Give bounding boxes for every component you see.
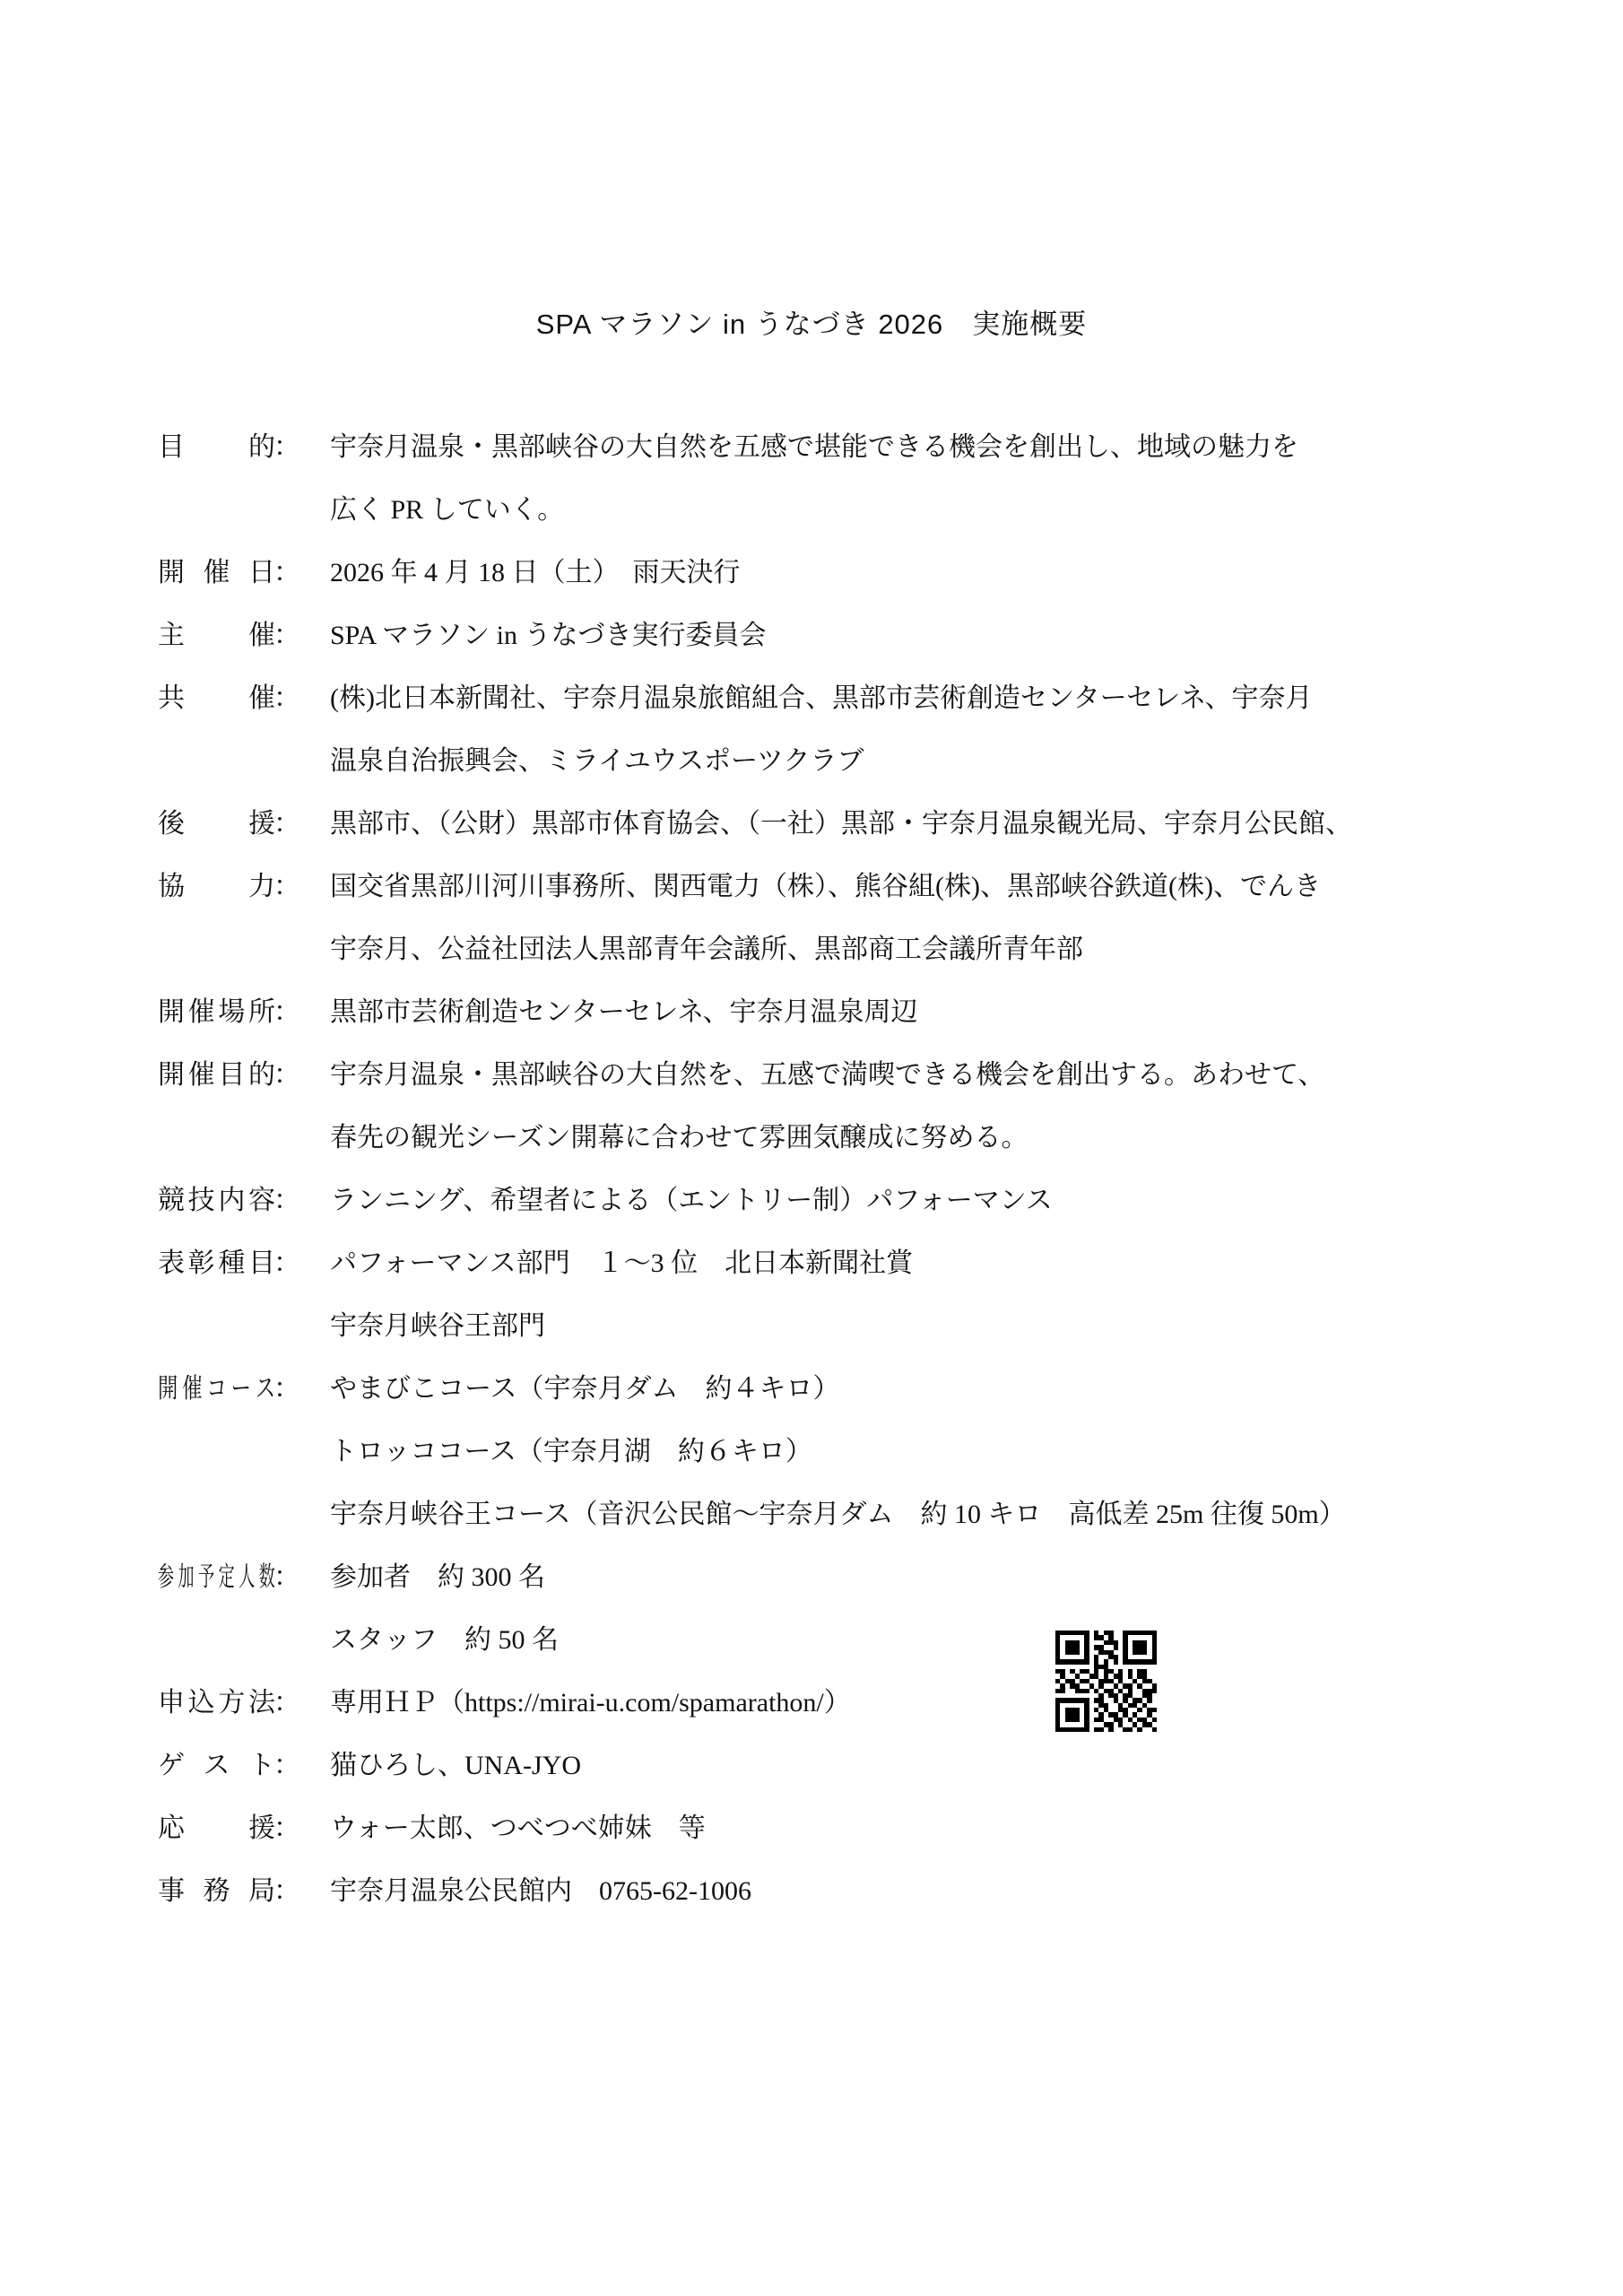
field-value: 春先の観光シーズン開幕に合わせて雰囲気醸成に努める。 xyxy=(330,1107,1569,1170)
field-label: 開催日 xyxy=(158,542,275,604)
field-value: 宇奈月峡谷王部門 xyxy=(330,1295,1569,1358)
row-cosponsor-cont: 温泉自治振興会、ミライユウスポーツクラブ xyxy=(158,730,1569,793)
field-value: 広く PR していく。 xyxy=(330,479,1569,542)
field-label: 開催場所 xyxy=(158,981,275,1044)
field-value: スタッフ 約 50 名 xyxy=(330,1609,1569,1672)
document-page: { "colon": "：", "title": "SPA マラソン in うな… xyxy=(0,0,1623,2296)
row-courses: 開催コース： やまびこコース（宇奈月ダム 約４キロ） xyxy=(158,1358,1569,1421)
field-value: 宇奈月温泉・黒部峡谷の大自然を五感で堪能できる機会を創出し、地域の魅力を xyxy=(330,416,1569,479)
field-label: 応援 xyxy=(158,1797,275,1860)
field-value: トロッココース（宇奈月湖 約６キロ） xyxy=(330,1421,1569,1483)
row-courses-cont-2: 宇奈月峡谷王コース（音沢公民館～宇奈月ダム 約 10 キロ 高低差 25m 往復… xyxy=(158,1483,1569,1546)
label-colon: ： xyxy=(273,1860,300,1923)
label-colon: ： xyxy=(273,981,300,1044)
row-guests: ゲスト： 猫ひろし、UNA-JYO xyxy=(158,1735,1569,1797)
row-courses-cont-1: トロッココース（宇奈月湖 約６キロ） xyxy=(158,1421,1569,1483)
field-value: 黒部市、（公財）黒部市体育協会、（一社）黒部・宇奈月温泉観光局、宇奈月公民館、 xyxy=(330,793,1569,856)
label-colon: ： xyxy=(273,416,300,479)
label-colon: ： xyxy=(273,1672,300,1735)
field-label: 表彰種目 xyxy=(158,1232,275,1295)
field-label: ゲスト xyxy=(158,1735,275,1797)
label-colon: ： xyxy=(273,604,300,667)
field-value: (株)北日本新聞社、宇奈月温泉旅館組合、黒部市芸術創造センターセレネ、宇奈月 xyxy=(330,667,1569,730)
row-event-purpose-cont: 春先の観光シーズン開幕に合わせて雰囲気醸成に努める。 xyxy=(158,1107,1569,1170)
page-title: SPA マラソン in うなづき 2026 実施概要 xyxy=(0,301,1623,342)
field-value: 国交省黒部川河川事務所、関西電力（株）、熊谷組(株)、黒部峡谷鉄道(株)、でんき xyxy=(330,856,1569,918)
field-value: 宇奈月峡谷王コース（音沢公民館～宇奈月ダム 約 10 キロ 高低差 25m 往復… xyxy=(330,1483,1569,1546)
field-label: 開催目的 xyxy=(158,1044,275,1107)
field-value: SPA マラソン in うなづき実行委員会 xyxy=(330,604,1569,667)
row-participants-cont: スタッフ 約 50 名 xyxy=(158,1609,1569,1672)
label-colon: ： xyxy=(273,1232,300,1295)
row-awards: 表彰種目： パフォーマンス部門 １～3 位 北日本新聞社賞 xyxy=(158,1232,1569,1295)
row-cheer: 応援： ウォー太郎、つべつべ姉妹 等 xyxy=(158,1797,1569,1860)
field-value: 黒部市芸術創造センターセレネ、宇奈月温泉周辺 xyxy=(330,981,1569,1044)
row-support: 後援： 黒部市、（公財）黒部市体育協会、（一社）黒部・宇奈月温泉観光局、宇奈月公… xyxy=(158,793,1569,856)
field-value: 温泉自治振興会、ミライユウスポーツクラブ xyxy=(330,730,1569,793)
field-value: 猫ひろし、UNA-JYO xyxy=(330,1735,1569,1797)
label-colon: ： xyxy=(273,1358,300,1421)
row-purpose-cont: 広く PR していく。 xyxy=(158,479,1569,542)
field-value: 宇奈月温泉・黒部峡谷の大自然を、五感で満喫できる機会を創出する。あわせて、 xyxy=(330,1044,1569,1107)
field-label: 目的 xyxy=(158,416,275,479)
row-cooperation-cont: 宇奈月、公益社団法人黒部青年会議所、黒部商工会議所青年部 xyxy=(158,918,1569,981)
field-value: 宇奈月、公益社団法人黒部青年会議所、黒部商工会議所青年部 xyxy=(330,918,1569,981)
row-organizer: 主催： SPA マラソン in うなづき実行委員会 xyxy=(158,604,1569,667)
row-venue: 開催場所： 黒部市芸術創造センターセレネ、宇奈月温泉周辺 xyxy=(158,981,1569,1044)
field-label: 事務局 xyxy=(158,1860,275,1923)
field-value: ランニング、希望者による（エントリー制）パフォーマンス xyxy=(330,1170,1569,1232)
row-office: 事務局： 宇奈月温泉公民館内 0765-62-1006 xyxy=(158,1860,1569,1923)
field-value: ウォー太郎、つべつべ姉妹 等 xyxy=(330,1797,1569,1860)
field-label: 開催コース xyxy=(158,1358,275,1421)
label-colon: ： xyxy=(273,1797,300,1860)
row-awards-cont: 宇奈月峡谷王部門 xyxy=(158,1295,1569,1358)
label-colon: ： xyxy=(273,1170,300,1232)
qr-code xyxy=(1055,1631,1157,1732)
field-label: 協力 xyxy=(158,856,275,918)
field-value: 参加者 約 300 名 xyxy=(330,1546,1569,1609)
field-label: 参加予定人数 xyxy=(158,1546,275,1609)
row-application: 申込方法： 専用ＨＰ（https://mirai-u.com/spamarath… xyxy=(158,1672,1569,1735)
field-value: やまびこコース（宇奈月ダム 約４キロ） xyxy=(330,1358,1569,1421)
field-label: 主催 xyxy=(158,604,275,667)
field-value: 2026 年 4 月 18 日（土） 雨天決行 xyxy=(330,542,1569,604)
label-colon: ： xyxy=(273,1044,300,1107)
row-event-purpose: 開催目的： 宇奈月温泉・黒部峡谷の大自然を、五感で満喫できる機会を創出する。あわ… xyxy=(158,1044,1569,1107)
label-colon: ： xyxy=(273,1735,300,1797)
field-label: 後援 xyxy=(158,793,275,856)
label-colon: ： xyxy=(273,793,300,856)
row-event-date: 開催日： 2026 年 4 月 18 日（土） 雨天決行 xyxy=(158,542,1569,604)
row-purpose: 目的： 宇奈月温泉・黒部峡谷の大自然を五感で堪能できる機会を創出し、地域の魅力を xyxy=(158,416,1569,479)
label-colon: ： xyxy=(273,1546,300,1609)
label-colon: ： xyxy=(273,542,300,604)
label-colon: ： xyxy=(273,667,300,730)
field-label: 競技内容 xyxy=(158,1170,275,1232)
field-value: 専用ＨＰ（https://mirai-u.com/spamarathon/） xyxy=(330,1672,1569,1735)
row-cooperation: 協力： 国交省黒部川河川事務所、関西電力（株）、熊谷組(株)、黒部峡谷鉄道(株)… xyxy=(158,856,1569,918)
row-participants: 参加予定人数： 参加者 約 300 名 xyxy=(158,1546,1569,1609)
document-body: 目的： 宇奈月温泉・黒部峡谷の大自然を五感で堪能できる機会を創出し、地域の魅力を… xyxy=(158,416,1569,1923)
field-label: 申込方法 xyxy=(158,1672,275,1735)
field-value: パフォーマンス部門 １～3 位 北日本新聞社賞 xyxy=(330,1232,1569,1295)
field-label: 共催 xyxy=(158,667,275,730)
field-value: 宇奈月温泉公民館内 0765-62-1006 xyxy=(330,1860,1569,1923)
label-colon: ： xyxy=(273,856,300,918)
row-cosponsor: 共催： (株)北日本新聞社、宇奈月温泉旅館組合、黒部市芸術創造センターセレネ、宇… xyxy=(158,667,1569,730)
row-competition: 競技内容： ランニング、希望者による（エントリー制）パフォーマンス xyxy=(158,1170,1569,1232)
